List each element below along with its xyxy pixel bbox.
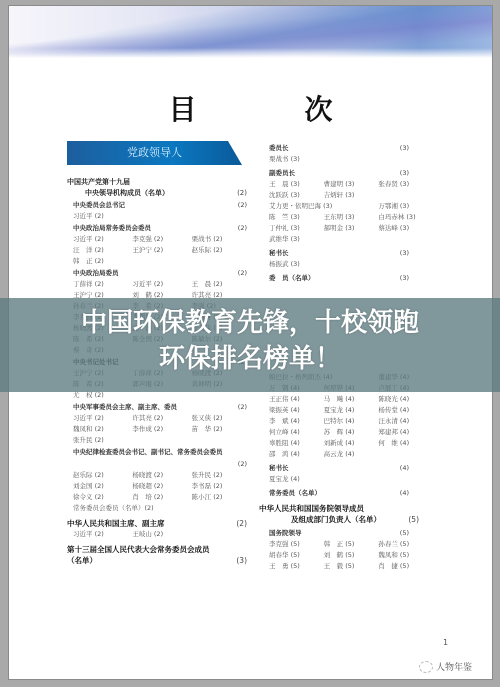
name-entry[interactable]: 梁振英 (4) — [269, 405, 320, 416]
name-entry[interactable]: 白玛赤林 (3) — [378, 212, 429, 223]
name-entry[interactable]: 刘金国 (2) — [73, 481, 128, 492]
name-entry[interactable]: 习近平 (2) — [67, 211, 247, 222]
name-entry[interactable]: 栗战书 (3) — [269, 154, 429, 165]
toc-heading[interactable]: 中央领导机构成员（名单）(2) — [67, 188, 247, 199]
name-entry[interactable]: 习近平 (2) — [73, 529, 128, 540]
page-number: 1 — [443, 638, 448, 647]
page-title: 目 次 — [9, 88, 492, 128]
name-entry[interactable]: 郝明金 (3) — [324, 223, 375, 234]
name-list: 赵乐际 (2) 杨晓渡 (2) 张升民 (2) 刘金国 (2) 杨晓超 (2) … — [67, 470, 247, 503]
toc-entry-gen-sec[interactable]: 中央委员会总书记(2) — [67, 200, 247, 211]
name-entry[interactable]: 刘新成 (4) — [324, 438, 375, 449]
name-entry[interactable]: 何立峰 (4) — [269, 427, 320, 438]
name-entry[interactable]: 李克强 (2) — [132, 234, 187, 245]
name-entry[interactable]: 苗 华 (2) — [192, 424, 247, 435]
name-entry[interactable]: 习近平 (2) — [132, 279, 187, 290]
toc-entry-members[interactable]: 委 员（名单）(3) — [269, 273, 409, 284]
name-entry[interactable]: 万鄂湘 (3) — [378, 201, 429, 212]
name-entry[interactable]: 李克强 (5) — [269, 539, 320, 550]
toc-entry-chairman[interactable]: 委员长(3) — [269, 143, 409, 154]
name-entry[interactable]: 李书磊 (2) — [192, 481, 247, 492]
name-entry[interactable]: 邵 鸿 (4) — [269, 449, 320, 460]
name-entry[interactable]: 陈晓光 (4) — [378, 394, 429, 405]
watermark: 人物年鉴 — [419, 660, 472, 673]
name-entry[interactable]: 马 飚 (4) — [324, 394, 375, 405]
name-entry[interactable]: 曹建明 (3) — [324, 179, 375, 190]
name-entry[interactable]: 张升民 (2) — [73, 435, 128, 446]
name-list: 习近平 (2) 李克强 (2) 栗战书 (2) 汪 洋 (2) 王沪宁 (2) … — [67, 234, 247, 267]
name-entry[interactable]: 张升民 (2) — [192, 470, 247, 481]
name-entry[interactable]: 高云龙 (4) — [324, 449, 375, 460]
name-entry[interactable]: 陈小江 (2) — [192, 492, 247, 503]
name-entry[interactable]: 夏宝龙 (4) — [269, 474, 429, 485]
name-list: 王 晨 (3) 曹建明 (3) 张春贤 (3) 沈跃跃 (3) 吉炳轩 (3) … — [269, 179, 429, 245]
name-entry[interactable]: 陈 竺 (3) — [269, 212, 320, 223]
toc-entry-cppcc-secgen[interactable]: 秘书长(4) — [269, 463, 409, 474]
name-entry[interactable]: 张春贤 (3) — [378, 179, 429, 190]
headline-line-2: 环保排名榜单！ — [0, 341, 500, 377]
toc-entry-state-council[interactable]: 中华人民共和国国务院领导成员 — [259, 503, 429, 514]
name-entry[interactable]: 徐令义 (2) — [73, 492, 128, 503]
toc-entry-military[interactable]: 中央军事委员会主席、副主席、委员(2) — [67, 402, 247, 413]
toc-entry-state-council-sub[interactable]: 及组成部门负责人（名单）(5) — [269, 514, 419, 525]
section-banner: 党政领导人 — [67, 141, 242, 165]
name-entry[interactable]: 汪 洋 (2) — [73, 245, 128, 256]
name-entry[interactable]: 习近平 (2) — [73, 413, 128, 424]
name-entry[interactable]: 刘 鹤 (5) — [324, 550, 375, 561]
name-entry[interactable]: 栗战书 (2) — [192, 234, 247, 245]
name-entry[interactable]: 辜胜阻 (4) — [269, 438, 320, 449]
name-entry[interactable]: 肖 培 (2) — [132, 492, 187, 503]
toc-entry-politburo[interactable]: 中央政治局委员(2) — [67, 268, 247, 279]
name-entry[interactable]: 肖 捷 (5) — [378, 561, 429, 572]
name-entry[interactable]: 夏宝龙 (4) — [324, 405, 375, 416]
name-entry[interactable]: 习近平 (2) — [73, 234, 128, 245]
name-entry[interactable]: 郑建邦 (4) — [378, 427, 429, 438]
toc-heading[interactable]: 中国共产党第十九届 — [67, 177, 247, 188]
toc-entry-standing-members[interactable]: 常务委员会委员（名单）(2) — [67, 503, 247, 514]
header-wave-banner — [9, 6, 492, 58]
name-entry[interactable]: 李作成 (2) — [132, 424, 187, 435]
name-entry[interactable]: 杨振武 (3) — [269, 259, 429, 270]
toc-entry-psc[interactable]: 中央政治局常务委员会委员(2) — [67, 223, 247, 234]
name-entry[interactable]: 杨晓渡 (2) — [132, 470, 187, 481]
name-entry[interactable]: 苏 辉 (4) — [324, 427, 375, 438]
name-entry[interactable]: 王 晨 (2) — [192, 279, 247, 290]
toc-entry-standing-members[interactable]: 常务委员（名单）(4) — [269, 488, 409, 499]
name-entry[interactable]: 王东明 (3) — [324, 212, 375, 223]
name-entry[interactable]: 李 斌 (4) — [269, 416, 320, 427]
name-entry[interactable]: 韩 正 (2) — [73, 256, 128, 267]
name-entry[interactable]: 王 晨 (3) — [269, 179, 320, 190]
name-entry[interactable]: 杨晓超 (2) — [132, 481, 187, 492]
name-entry[interactable]: 赵乐际 (2) — [192, 245, 247, 256]
name-entry[interactable]: 王沪宁 (2) — [132, 245, 187, 256]
name-entry[interactable]: 丁薛祥 (2) — [73, 279, 128, 290]
name-entry[interactable]: 孙春兰 (5) — [378, 539, 429, 550]
name-entry[interactable]: 魏凤和 (2) — [73, 424, 128, 435]
name-entry[interactable]: 王 毅 (5) — [324, 561, 375, 572]
name-entry[interactable]: 王正伟 (4) — [269, 394, 320, 405]
name-entry[interactable]: 蔡达峰 (3) — [378, 223, 429, 234]
name-list: 李克强 (5) 韩 正 (5) 孙春兰 (5) 胡春华 (5) 刘 鹤 (5) … — [269, 539, 429, 572]
toc-entry-discipline-page: (2) — [67, 459, 247, 470]
wechat-logo-icon — [419, 661, 433, 673]
name-entry[interactable]: 武维华 (3) — [269, 234, 320, 245]
name-entry[interactable]: 丁仲礼 (3) — [269, 223, 320, 234]
name-list: 习近平 (2) 王岐山 (2) — [67, 529, 247, 540]
watermark-text: 人物年鉴 — [436, 660, 472, 673]
name-entry[interactable]: 张又侠 (2) — [192, 413, 247, 424]
name-entry[interactable]: 何 维 (4) — [378, 438, 429, 449]
name-entry[interactable]: 赵乐际 (2) — [73, 470, 128, 481]
name-entry[interactable]: 吉炳轩 (3) — [324, 190, 375, 201]
name-entry[interactable]: 汪永清 (4) — [378, 416, 429, 427]
toc-entry-prc-president[interactable]: 中华人民共和国主席、副主席(2) — [67, 518, 247, 529]
name-list: 习近平 (2) 许其亮 (2) 张又侠 (2) 魏凤和 (2) 李作成 (2) … — [67, 413, 247, 446]
toc-entry-vice-chairmen[interactable]: 副委员长(3) — [269, 168, 409, 179]
toc-entry-npc-sub[interactable]: （名单）(3) — [67, 555, 247, 566]
name-entry[interactable]: 韩 正 (5) — [324, 539, 375, 550]
name-entry[interactable]: 艾力更・依明巴海 (3) — [269, 201, 374, 212]
name-entry[interactable]: 魏凤和 (5) — [378, 550, 429, 561]
name-entry[interactable]: 沈跃跃 (3) — [269, 190, 320, 201]
name-entry[interactable]: 胡春华 (5) — [269, 550, 320, 561]
toc-entry-npc[interactable]: 第十三届全国人民代表大会常务委员会成员 — [67, 544, 247, 555]
name-entry[interactable]: 巴特尔 (4) — [324, 416, 375, 427]
name-entry[interactable]: 杨传堂 (4) — [378, 405, 429, 416]
name-entry[interactable]: 王岐山 (2) — [132, 529, 187, 540]
toc-entry-secretary-general[interactable]: 秘书长(3) — [269, 248, 409, 259]
headline-overlay-text: 中国环保教育先锋，十校领跑 环保排名榜单！ — [0, 305, 500, 377]
toc-entry-discipline[interactable]: 中央纪律检查委员会书记、副书记、常务委员会委员 — [67, 447, 247, 458]
headline-line-1: 中国环保教育先锋，十校领跑 — [0, 305, 500, 341]
name-entry[interactable]: 王 勇 (5) — [269, 561, 320, 572]
name-entry[interactable]: 许其亮 (2) — [132, 413, 187, 424]
toc-entry-state-council-leaders[interactable]: 国务院领导(5) — [269, 528, 409, 539]
